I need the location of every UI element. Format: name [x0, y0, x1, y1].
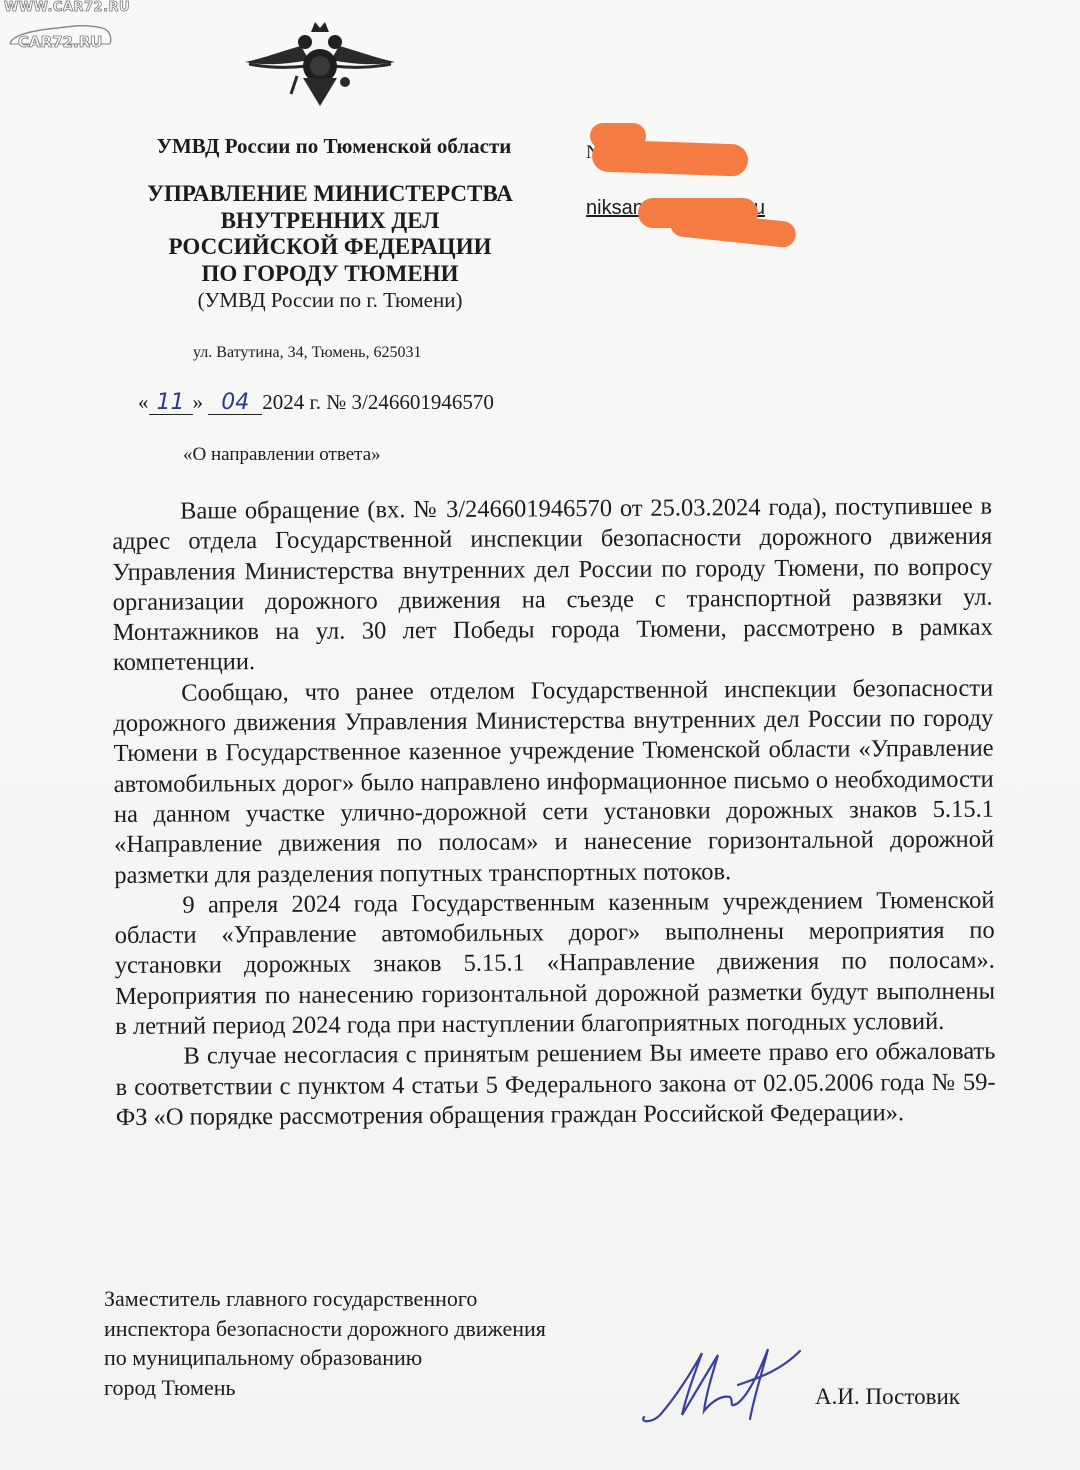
recipient-block: N niksanu	[584, 120, 814, 250]
sender-header: УМВД России по Тюменской области УПРАВЛЕ…	[130, 134, 530, 313]
body-paragraph: Ваше обращение (вх. № 3/246601946570 от …	[112, 492, 993, 679]
position-line: по муниципальному образованию	[104, 1343, 546, 1373]
position-line: Заместитель главного государственного	[104, 1284, 546, 1314]
redaction-mark	[591, 139, 748, 176]
position-line: инспектора безопасности дорожного движен…	[104, 1314, 546, 1344]
organization-short-name: (УМВД России по г. Тюмени)	[130, 287, 530, 313]
org-name-line: РОССИЙСКОЙ ФЕДЕРАЦИИ	[130, 234, 530, 261]
handwritten-signature-icon	[638, 1345, 808, 1425]
handwritten-day: 11	[149, 392, 193, 415]
sender-address: ул. Ватутина, 34, Тюмень, 625031	[193, 344, 421, 362]
position-line: город Тюмень	[104, 1373, 546, 1403]
letter-page: WWW.CAR72.RU CAR72.RU УМВД России по Тюм…	[0, 0, 1080, 1470]
year-and-number: 2024 г. № 3/246601946570	[262, 390, 494, 414]
handwritten-month: 04	[208, 392, 262, 415]
body-paragraph: В случае несогласия с принятым решением …	[115, 1037, 996, 1133]
quote-open: «	[138, 390, 149, 414]
double-headed-eagle-emblem-icon	[245, 16, 395, 108]
org-name-line: ПО ГОРОДУ ТЮМЕНИ	[130, 261, 530, 288]
watermark-url: WWW.CAR72.RU	[4, 0, 130, 15]
quote-close: »	[193, 390, 204, 414]
watermark-logo-text: CAR72.RU	[18, 33, 102, 51]
letter-subject: «О направлении ответа»	[183, 444, 381, 466]
body-paragraph: 9 апреля 2024 года Государственным казен…	[114, 885, 995, 1042]
org-name-line: УПРАВЛЕНИЕ МИНИСТЕРСТВА	[130, 181, 530, 208]
letter-body: Ваше обращение (вх. № 3/246601946570 от …	[112, 492, 996, 1134]
signer-name: А.И. Постовик	[815, 1384, 960, 1410]
redaction-mark	[669, 209, 797, 248]
regional-authority: УМВД России по Тюменской области	[138, 134, 530, 159]
body-paragraph: Сообщаю, что ранее отделом Государственн…	[113, 673, 994, 890]
org-name-line: ВНУТРЕННИХ ДЕЛ	[130, 208, 530, 235]
email-start: niksan	[586, 197, 644, 219]
document-date-number: «11» 042024 г. № 3/246601946570	[138, 390, 494, 415]
watermark: WWW.CAR72.RU CAR72.RU	[4, 0, 130, 15]
organization-name: УПРАВЛЕНИЕ МИНИСТЕРСТВА ВНУТРЕННИХ ДЕЛ Р…	[130, 181, 530, 287]
signatory-position: Заместитель главного государственного ин…	[104, 1284, 546, 1402]
